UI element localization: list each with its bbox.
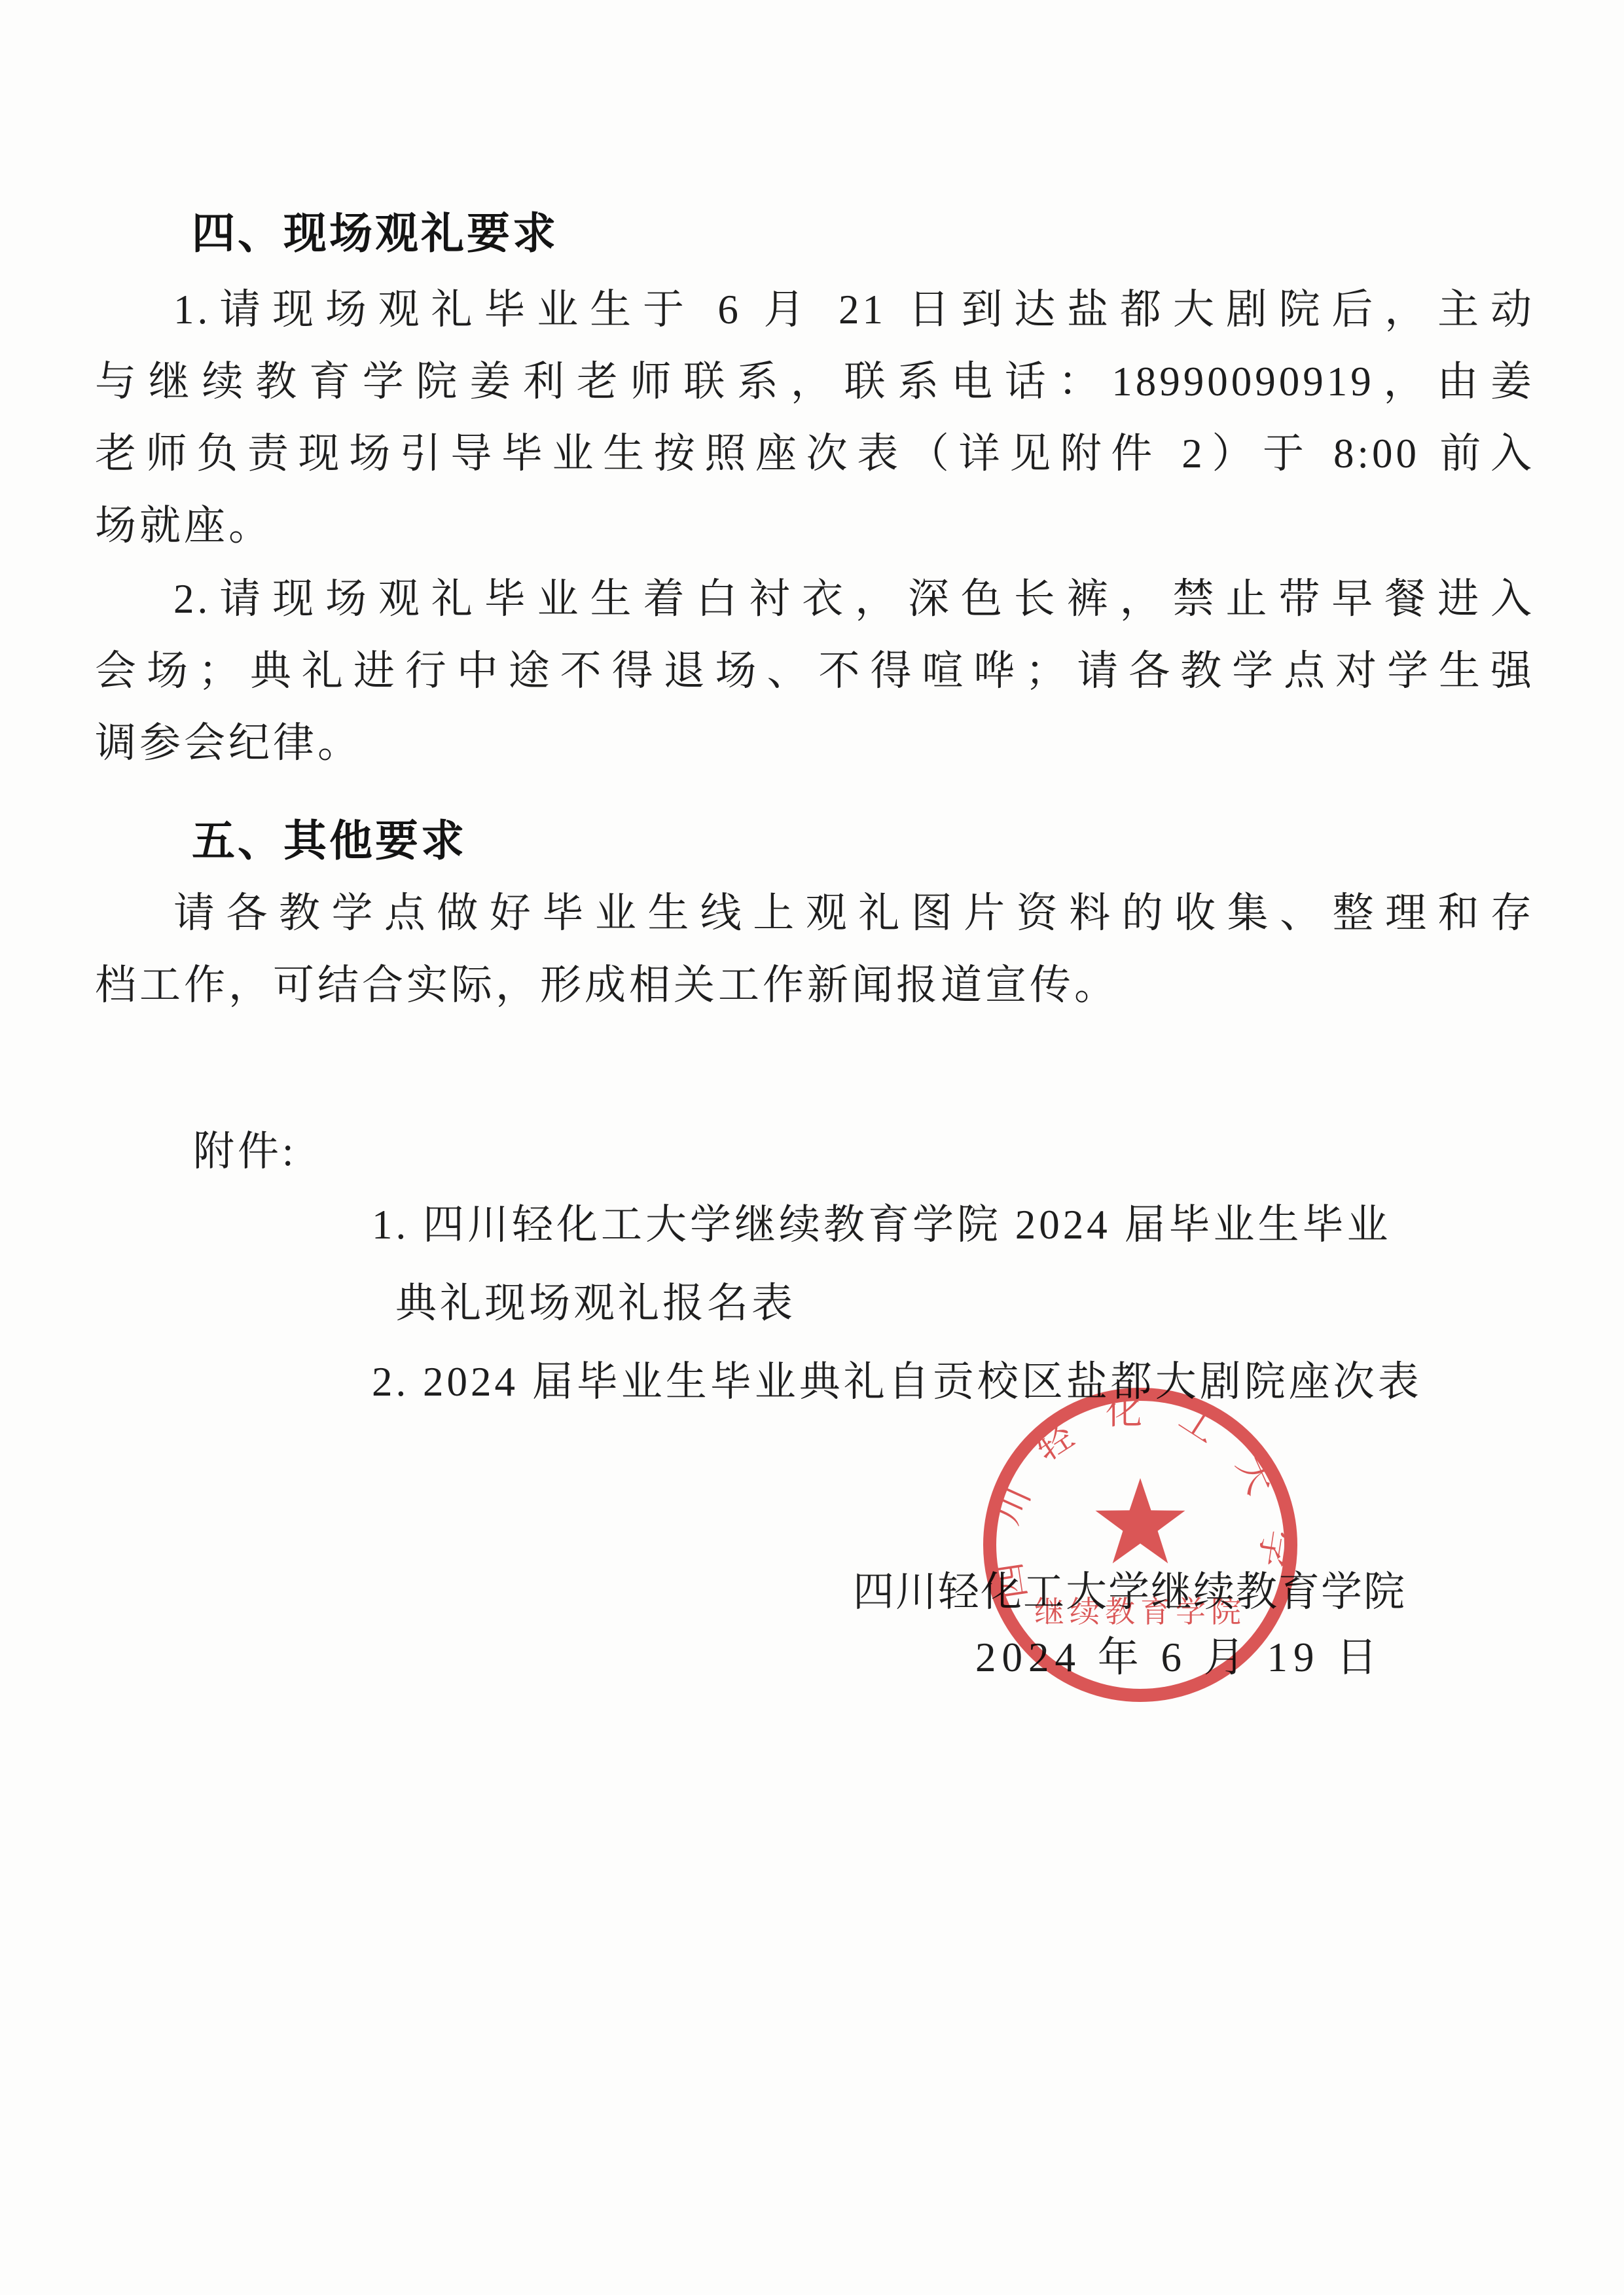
s4-p2-line3: 调参会纪律。 <box>95 715 1535 771</box>
official-seal: 四川轻化工大学 继续教育学院 <box>977 1381 1304 1708</box>
s4-p1-line3: 老师负责现场引导毕业生按照座次表（详见附件 2）于 8:00 前入 <box>95 425 1535 482</box>
s4-p1-line1: 1.请现场观礼毕业生于 6 月 21 日到达盐都大剧院后，主动 <box>95 281 1535 338</box>
official-seal-svg: 四川轻化工大学 继续教育学院 <box>977 1381 1304 1708</box>
s4-p2-line2: 会场；典礼进行中途不得退场、不得喧哗；请各教学点对学生强 <box>95 643 1535 699</box>
document-page: 四、现场观礼要求 1.请现场观礼毕业生于 6 月 21 日到达盐都大剧院后，主动… <box>0 0 1624 2295</box>
attachments-label: 附件: <box>193 1123 297 1180</box>
s5-p1-line2: 档工作，可结合实际，形成相关工作新闻报道宣传。 <box>95 957 1535 1013</box>
seal-inner-text: 继续教育学院 <box>1034 1595 1246 1629</box>
section-5-heading: 五、其他要求 <box>192 812 467 869</box>
s4-p1-line2: 与继续教育学院姜利老师联系，联系电话：18990090919，由姜 <box>95 353 1535 410</box>
attachment-item-1-line-2: 典礼现场观礼报名表 <box>395 1275 796 1331</box>
s4-p2-line1: 2.请现场观礼毕业生着白衬衣，深色长裤，禁止带早餐进入 <box>95 571 1535 627</box>
seal-star-icon <box>1096 1478 1185 1563</box>
s5-p1-line1: 请各教学点做好毕业生线上观礼图片资料的收集、整理和存 <box>95 885 1535 941</box>
attachment-item-1-line-1: 1. 四川轻化工大学继续教育学院 2024 届毕业生毕业 <box>372 1197 1392 1253</box>
s4-p1-line4: 场就座。 <box>95 497 1535 554</box>
section-4-heading: 四、现场观礼要求 <box>192 204 558 262</box>
